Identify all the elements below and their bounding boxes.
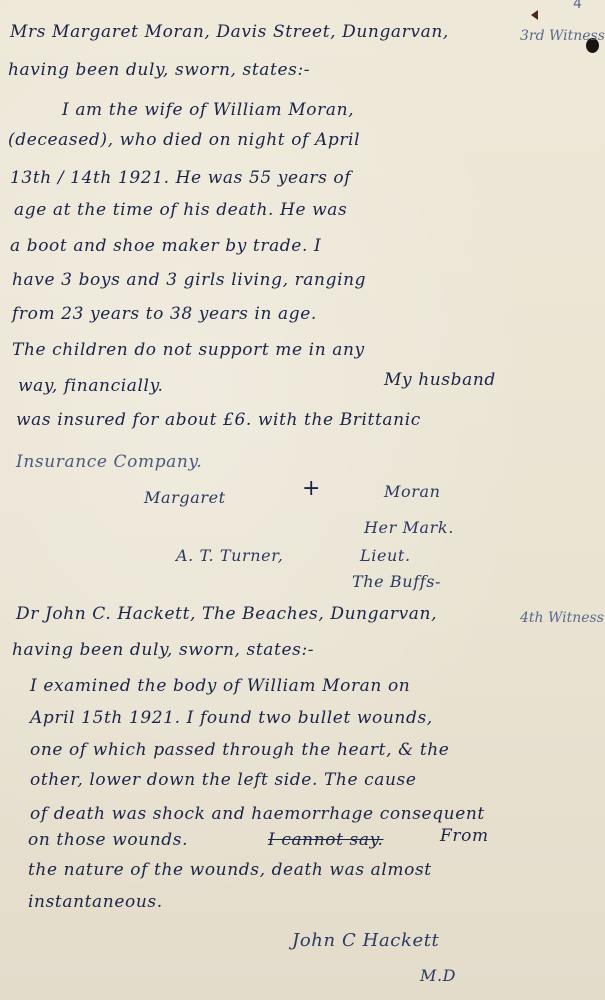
statement-line: April 15th 1921. I found two bullet woun… xyxy=(30,708,433,728)
statement-line: the nature of the wounds, death was almo… xyxy=(28,860,432,880)
statement-line-tail: From xyxy=(440,826,489,846)
arrow-mark-icon xyxy=(531,10,538,20)
doctor-title: M.D xyxy=(420,966,456,985)
document-page: 4 3rd Witness Mrs Margaret Moran, Davis … xyxy=(0,0,605,1000)
statement-line: other, lower down the left side. The cau… xyxy=(30,770,417,790)
signatory-surname: Moran xyxy=(384,482,441,501)
page-number: 4 xyxy=(573,0,582,12)
statement-line: I am the wife of William Moran, xyxy=(62,100,354,120)
statement-line: way, financially. xyxy=(18,376,164,396)
statement-line: 13th / 14th 1921. He was 55 years of xyxy=(10,168,351,188)
witness-regiment: The Buffs- xyxy=(352,572,441,591)
statement-line: Dr John C. Hackett, The Beaches, Dungarv… xyxy=(16,604,437,624)
statement-line-tail: My husband xyxy=(384,370,496,390)
mark-label: Her Mark. xyxy=(364,518,454,537)
cross-mark-icon: + xyxy=(302,476,320,501)
statement-line: was insured for about £6. with the Britt… xyxy=(16,410,421,430)
margin-note-3rd-witness: 3rd Witness xyxy=(520,28,605,44)
statement-line: having been duly, sworn, states:- xyxy=(8,60,310,80)
doctor-signature: John C Hackett xyxy=(292,930,439,951)
statement-line: from 23 years to 38 years in age. xyxy=(12,304,317,324)
margin-note-4th-witness: 4th Witness xyxy=(520,610,604,626)
statement-line: Insurance Company. xyxy=(16,452,202,472)
struck-out-text: I cannot say. xyxy=(268,830,384,850)
statement-line: having been duly, sworn, states:- xyxy=(12,640,314,660)
statement-line: age at the time of his death. He was xyxy=(14,200,347,220)
statement-line: of death was shock and haemorrhage conse… xyxy=(30,804,485,824)
witness-signature: A. T. Turner, xyxy=(176,546,283,565)
statement-line: on those wounds. xyxy=(28,830,188,850)
signatory-first-name: Margaret xyxy=(144,488,226,507)
statement-line: Mrs Margaret Moran, Davis Street, Dungar… xyxy=(10,22,449,42)
witness-rank: Lieut. xyxy=(360,546,411,565)
statement-line: have 3 boys and 3 girls living, ranging xyxy=(12,270,366,290)
statement-line: I examined the body of William Moran on xyxy=(30,676,410,696)
statement-line: instantaneous. xyxy=(28,892,163,912)
statement-line: a boot and shoe maker by trade. I xyxy=(10,236,321,256)
statement-line: (deceased), who died on night of April xyxy=(8,130,360,150)
statement-line: The children do not support me in any xyxy=(12,340,365,360)
statement-line: one of which passed through the heart, &… xyxy=(30,740,449,760)
